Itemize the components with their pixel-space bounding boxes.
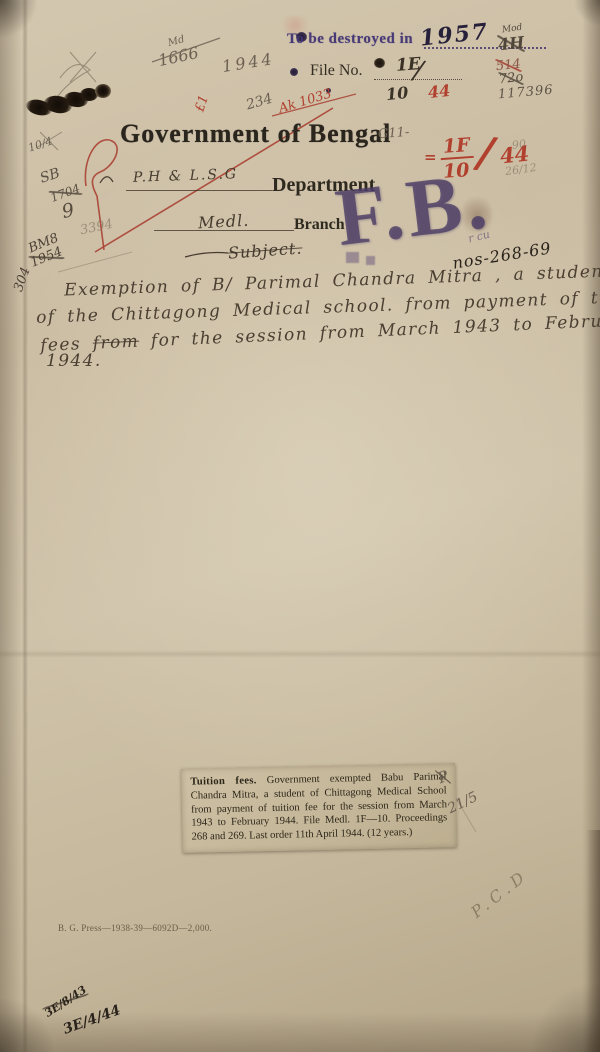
subject-line-4: 1944.	[46, 351, 102, 371]
printer-imprint: B. G. Press—1938-39—6092D—2,000.	[58, 923, 212, 933]
clipping-lead: Tuition fees.	[190, 775, 256, 787]
annotation-g11: G11-	[378, 125, 410, 142]
file-no-label: File No.	[310, 62, 362, 80]
annotation-faint-90: 90	[511, 137, 527, 152]
annotation-4h: 4H	[497, 33, 525, 55]
newspaper-clipping: Tuition fees. Government exempted Babu P…	[181, 763, 457, 853]
dept-tick-stroke	[100, 177, 113, 183]
document-page: To be destroyed in 1957 File No. 1E / 10…	[0, 0, 600, 1052]
branch-handwritten: Medl.	[198, 211, 250, 233]
pencil-strike-faint	[58, 252, 132, 272]
stamp-artifact	[346, 252, 359, 263]
pencil-scribble	[58, 52, 96, 96]
stamp-artifact	[366, 256, 375, 265]
page-title: Government of Bengal	[120, 119, 391, 149]
file-no-bottom-value: 10	[385, 83, 409, 104]
destroy-stamp-label: To be destroyed in	[287, 31, 413, 48]
file-no-red-value: 44	[427, 81, 451, 102]
subject-dash-stroke	[185, 253, 228, 258]
